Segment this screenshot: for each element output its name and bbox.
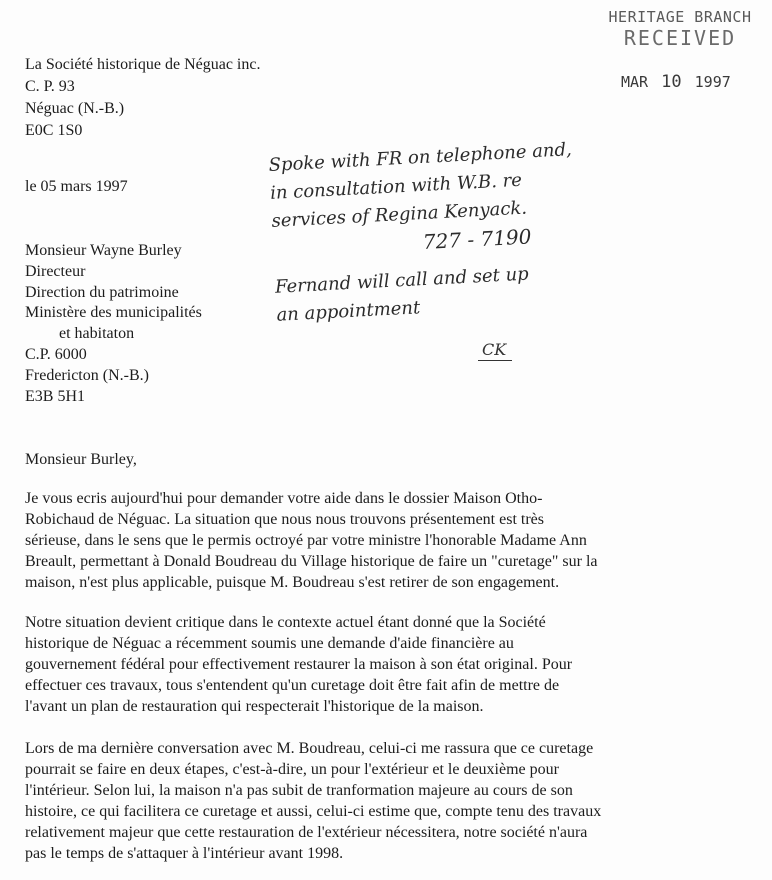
stamp-date: MAR 10 1997 bbox=[621, 72, 731, 92]
paragraph-line: sérieuse, dans le sens que le permis oct… bbox=[25, 530, 725, 551]
recipient-po-box: C.P. 6000 bbox=[25, 345, 202, 366]
sender-address: La Société historique de Néguac inc. C. … bbox=[25, 54, 260, 142]
paragraph-line: Notre situation devient critique dans le… bbox=[25, 612, 725, 633]
salutation: Monsieur Burley, bbox=[25, 451, 137, 469]
handwritten-note: Spoke with FR on telephone and, in consu… bbox=[268, 129, 717, 330]
stamp-received: RECEIVED bbox=[588, 26, 772, 50]
sender-po-box: C. P. 93 bbox=[25, 76, 260, 98]
paragraph-line: effectuer ces travaux, tous s'entendent … bbox=[25, 675, 725, 696]
paragraph-line: Robichaud de Néguac. La situation que no… bbox=[25, 509, 725, 530]
stamp-branch: HERITAGE BRANCH bbox=[588, 8, 772, 26]
paragraph-line: pourrait se faire en deux étapes, c'est-… bbox=[25, 759, 725, 780]
stamp-year: 1997 bbox=[695, 73, 731, 91]
paragraph-line: Je vous ecris aujourd'hui pour demander … bbox=[25, 488, 725, 509]
body-paragraph-1: Je vous ecris aujourd'hui pour demander … bbox=[25, 488, 725, 593]
recipient-ministry: Ministère des municipalités bbox=[25, 303, 202, 324]
recipient-ministry-cont: et habitaton bbox=[25, 324, 202, 345]
paragraph-line: gouvernement fédéral pour effectivement … bbox=[25, 654, 725, 675]
recipient-postal-code: E3B 5H1 bbox=[25, 387, 202, 408]
letter-date: le 05 mars 1997 bbox=[25, 178, 128, 196]
paragraph-line: l'intérieur. Selon lui, la maison n'a pa… bbox=[25, 780, 725, 801]
recipient-name: Monsieur Wayne Burley bbox=[25, 241, 202, 262]
stamp-month: MAR bbox=[621, 73, 648, 91]
recipient-title: Directeur bbox=[25, 262, 202, 283]
sender-name: La Société historique de Néguac inc. bbox=[25, 54, 260, 76]
stamp-day: 10 bbox=[661, 72, 681, 92]
paragraph-line: relativement majeur que cette restaurati… bbox=[25, 822, 725, 843]
paragraph-line: pas le temps de s'attaquer à l'intérieur… bbox=[25, 843, 725, 864]
paragraph-line: Breault, permettant à Donald Boudreau du… bbox=[25, 551, 725, 572]
recipient-city: Fredericton (N.-B.) bbox=[25, 366, 202, 387]
recipient-department: Direction du patrimoine bbox=[25, 283, 202, 304]
sender-postal-code: E0C 1S0 bbox=[25, 120, 260, 142]
paragraph-line: l'avant un plan de restauration qui resp… bbox=[25, 696, 725, 717]
paragraph-line: Lors de ma dernière conversation avec M.… bbox=[25, 738, 725, 759]
body-paragraph-3: Lors de ma dernière conversation avec M.… bbox=[25, 738, 725, 864]
paragraph-line: histoire, ce qui facilitera ce curetage … bbox=[25, 801, 725, 822]
letter-page: HERITAGE BRANCH RECEIVED MAR 10 1997 La … bbox=[0, 0, 772, 880]
received-stamp: HERITAGE BRANCH RECEIVED bbox=[588, 8, 772, 50]
paragraph-line: maison, n'est plus applicable, puisque M… bbox=[25, 572, 725, 593]
body-paragraph-2: Notre situation devient critique dans le… bbox=[25, 612, 725, 717]
paragraph-line: historique de Néguac a récemment soumis … bbox=[25, 633, 725, 654]
sender-city: Néguac (N.-B.) bbox=[25, 98, 260, 120]
handwritten-initials: CK bbox=[478, 340, 512, 361]
recipient-address: Monsieur Wayne Burley Directeur Directio… bbox=[25, 241, 202, 407]
